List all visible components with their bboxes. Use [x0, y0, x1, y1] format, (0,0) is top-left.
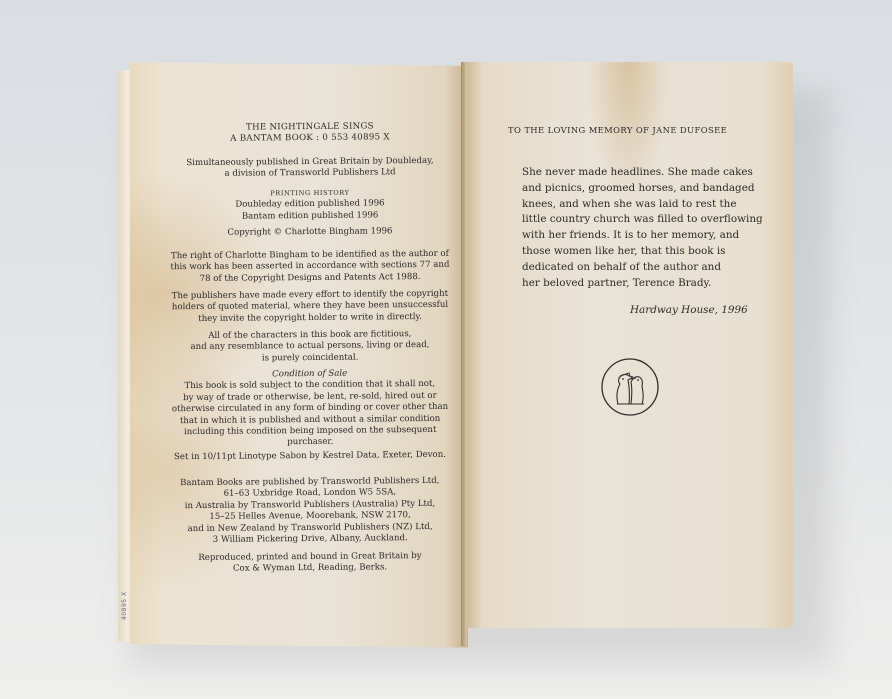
- book-gutter: [461, 62, 467, 646]
- publisher-addresses: Bantam Books are published by Transworld…: [160, 476, 461, 547]
- right-page: [463, 62, 793, 628]
- dedication-signature: Hardway House, 1996: [630, 304, 748, 316]
- printing-history: PRINTING HISTORY Doubleday edition publi…: [160, 187, 460, 224]
- dedication-text: She never made headlines. She made cakes…: [522, 165, 782, 291]
- fiction-notice: All of the characters in this book are f…: [160, 329, 460, 366]
- condition-of-sale: Condition of Sale This book is sold subj…: [160, 368, 461, 450]
- printer-credit: Reproduced, printed and bound in Great B…: [160, 551, 460, 576]
- copyright-title-block: THE NIGHTINGALE SINGS A BANTAM BOOK : 0 …: [160, 121, 460, 146]
- two-penguins-emblem-icon: [600, 357, 660, 417]
- moral-rights-notice: The right of Charlotte Bingham to be ide…: [160, 249, 460, 286]
- simultaneous-publication: Simultaneously published in Great Britai…: [160, 156, 460, 181]
- quoted-material-notice: The publishers have made every effort to…: [160, 289, 460, 326]
- dedication-heading: TO THE LOVING MEMORY OF JANE DUFOSEE: [508, 125, 727, 135]
